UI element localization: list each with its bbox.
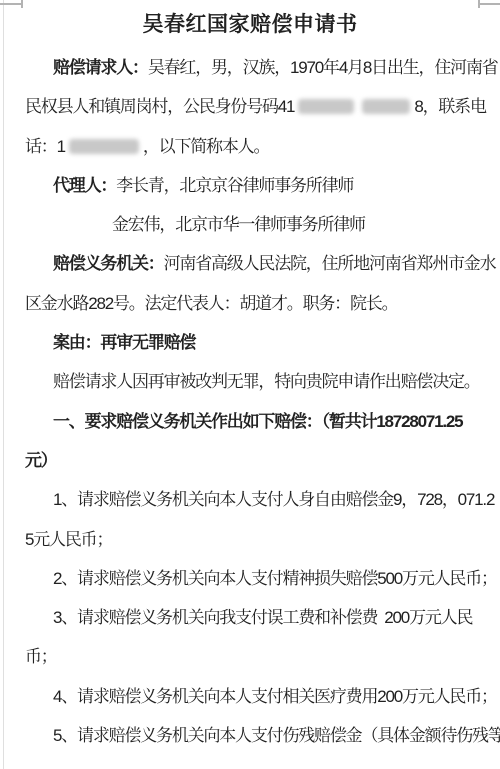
text-line: 5、请求赔偿义务机关向本人支付伤残赔偿金（具体金额待伤残等 bbox=[0, 716, 500, 755]
text-span: 5元人民币； bbox=[25, 530, 112, 549]
page-top-right-edge-tick bbox=[478, 0, 480, 8]
text-span: 赔偿请求人因再审被改判无罪，特向贵院申请作出赔偿决定。 bbox=[53, 372, 480, 391]
bold-label: 赔偿请求人： bbox=[53, 58, 148, 77]
text-line: 2、请求赔偿义务机关向本人支付精神损失赔偿500万元人民币； bbox=[0, 559, 500, 598]
bold-label: 赔偿义务机关： bbox=[53, 254, 164, 273]
text-line: 5元人民币； bbox=[0, 520, 500, 559]
bold-label: 案由：再审无罪赔偿 bbox=[53, 333, 195, 352]
text-span: 吴春红，男，汉族，1970年4月8日出生，住河南省 bbox=[148, 58, 498, 77]
text-line: 3、请求赔偿义务机关向我支付误工费和补偿费 200万元人民 bbox=[0, 598, 500, 637]
text-line: 1、请求赔偿义务机关向本人支付人身自由赔偿金9，728，071.2 bbox=[0, 480, 500, 519]
text-line: 区金水路282号。法定代表人：胡道才。职务：院长。 bbox=[0, 284, 500, 323]
text-span: 区金水路282号。法定代表人：胡道才。职务：院长。 bbox=[25, 294, 397, 313]
bold-label: 一、要求赔偿义务机关作出如下赔偿：（暂共计18728071.25 bbox=[53, 412, 462, 431]
text-line: 金宏伟，北京市华一律师事务所律师 bbox=[0, 205, 500, 244]
bold-label: 代理人： bbox=[53, 176, 116, 195]
page-top-left-edge-tick bbox=[21, 0, 23, 8]
text-span: 2、请求赔偿义务机关向本人支付精神损失赔偿500万元人民币； bbox=[53, 569, 497, 588]
page-top-right-edge-line bbox=[478, 3, 500, 5]
document-title: 吴春红国家赔偿申请书 bbox=[0, 0, 500, 38]
redacted-text bbox=[298, 99, 354, 114]
text-span: 4、请求赔偿义务机关向本人支付相关医疗费用200万元人民币； bbox=[53, 687, 497, 706]
bold-label: 元） bbox=[25, 451, 57, 470]
text-line: 赔偿请求人：吴春红，男，汉族，1970年4月8日出生，住河南省 bbox=[0, 48, 500, 87]
document-body: 赔偿请求人：吴春红，男，汉族，1970年4月8日出生，住河南省民权县人和镇周岗村… bbox=[0, 48, 500, 755]
text-span: 金宏伟，北京市华一律师事务所律师 bbox=[112, 215, 365, 234]
text-span: 8，联系电 bbox=[414, 97, 485, 116]
text-line: 4、请求赔偿义务机关向本人支付相关医疗费用200万元人民币； bbox=[0, 677, 500, 716]
text-line: 币； bbox=[0, 637, 500, 676]
text-line: 赔偿义务机关：河南省高级人民法院，住所地河南省郑州市金水 bbox=[0, 244, 500, 283]
text-span: 3、请求赔偿义务机关向我支付误工费和补偿费 200万元人民 bbox=[53, 608, 472, 627]
page-top-left-edge-line bbox=[0, 3, 22, 5]
text-line: 元） bbox=[0, 441, 500, 480]
text-span: 1、请求赔偿义务机关向本人支付人身自由赔偿金9，728，071.2 bbox=[53, 490, 494, 509]
text-line: 一、要求赔偿义务机关作出如下赔偿：（暂共计18728071.25 bbox=[0, 402, 500, 441]
text-span: 币； bbox=[25, 647, 57, 666]
text-line: 代理人：李长青，北京京谷律师事务所律师 bbox=[0, 166, 500, 205]
text-line: 话：1，以下简称本人。 bbox=[0, 127, 500, 166]
text-span: 李长青，北京京谷律师事务所律师 bbox=[116, 176, 353, 195]
document-page: 吴春红国家赔偿申请书 赔偿请求人：吴春红，男，汉族，1970年4月8日出生，住河… bbox=[0, 0, 500, 769]
text-span: 民权县人和镇周岗村，公民身份号码41 bbox=[25, 97, 294, 116]
text-span: ，以下简称本人。 bbox=[143, 137, 269, 156]
redacted-text bbox=[69, 139, 139, 154]
text-line: 民权县人和镇周岗村，公民身份号码418，联系电 bbox=[0, 87, 500, 126]
page-left-edge-line bbox=[3, 0, 4, 769]
text-span: 5、请求赔偿义务机关向本人支付伤残赔偿金（具体金额待伤残等 bbox=[53, 726, 500, 745]
text-span: 话：1 bbox=[25, 137, 65, 156]
text-span: 河南省高级人民法院，住所地河南省郑州市金水 bbox=[164, 254, 496, 273]
text-line: 案由：再审无罪赔偿 bbox=[0, 323, 500, 362]
text-line: 赔偿请求人因再审被改判无罪，特向贵院申请作出赔偿决定。 bbox=[0, 362, 500, 401]
redacted-text bbox=[362, 99, 410, 114]
